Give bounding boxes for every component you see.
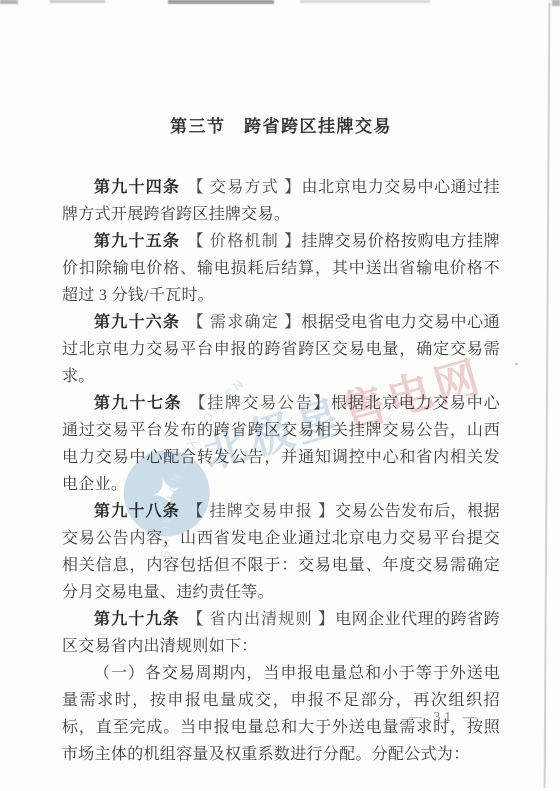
article-96: 第九十六条【 需求确定 】根据受电省电力交易中心通过北京电力交易平台申报的跨省跨… bbox=[62, 309, 500, 390]
article-term: 【 省内出清规则 】 bbox=[187, 611, 335, 628]
article-98: 第九十八条【 挂牌交易申报 】交易公告发布后，根据交易公告内容，山西省发电企业通… bbox=[62, 498, 500, 606]
page-number: — 31 — bbox=[409, 709, 480, 725]
article-number: 第九十八条 bbox=[94, 503, 180, 520]
scan-page-edge bbox=[544, 3, 550, 788]
section-title: 第三节 跨省跨区挂牌交易 bbox=[62, 112, 500, 137]
article-term: 【挂牌交易公告】 bbox=[190, 395, 331, 412]
article-97: 第九十七条【挂牌交易公告】根据北京电力交易中心通过交易平台发布的跨省跨区交易相关… bbox=[62, 390, 500, 498]
article-list: 第九十四条【 交易方式 】由北京电力交易中心通过挂牌方式开展跨省跨区挂牌交易。 … bbox=[62, 174, 500, 768]
scan-smudge bbox=[0, 0, 18, 4]
article-term: 【 交易方式 】 bbox=[187, 179, 301, 196]
scanned-document-page: ✦ 北极星售电网 SHOUDIAN.BJX.COM.CN 第三节 跨省跨区挂牌交… bbox=[0, 0, 560, 791]
article-99: 第九十九条【 省内出清规则 】电网企业代理的跨省跨区交易省内出清规则如下： bbox=[62, 606, 500, 660]
scan-speck bbox=[515, 363, 518, 365]
article-number: 第九十四条 bbox=[94, 179, 180, 196]
article-number: 第九十七条 bbox=[94, 395, 182, 412]
scan-smudge bbox=[552, 0, 560, 6]
article-number: 第九十六条 bbox=[94, 314, 180, 331]
article-term: 【 挂牌交易申报 】 bbox=[187, 503, 335, 520]
document-body: 第三节 跨省跨区挂牌交易 第九十四条【 交易方式 】由北京电力交易中心通过挂牌方… bbox=[62, 0, 500, 768]
article-term: 【 需求确定 】 bbox=[187, 314, 301, 331]
article-term: 【 价格机制 】 bbox=[187, 233, 301, 250]
article-number: 第九十五条 bbox=[94, 233, 180, 250]
article-95: 第九十五条【 价格机制 】挂牌交易价格按购电方挂牌价扣除输电价格、输电损耗后结算… bbox=[62, 228, 500, 309]
article-number: 第九十九条 bbox=[94, 611, 180, 628]
article-94: 第九十四条【 交易方式 】由北京电力交易中心通过挂牌方式开展跨省跨区挂牌交易。 bbox=[62, 174, 500, 228]
